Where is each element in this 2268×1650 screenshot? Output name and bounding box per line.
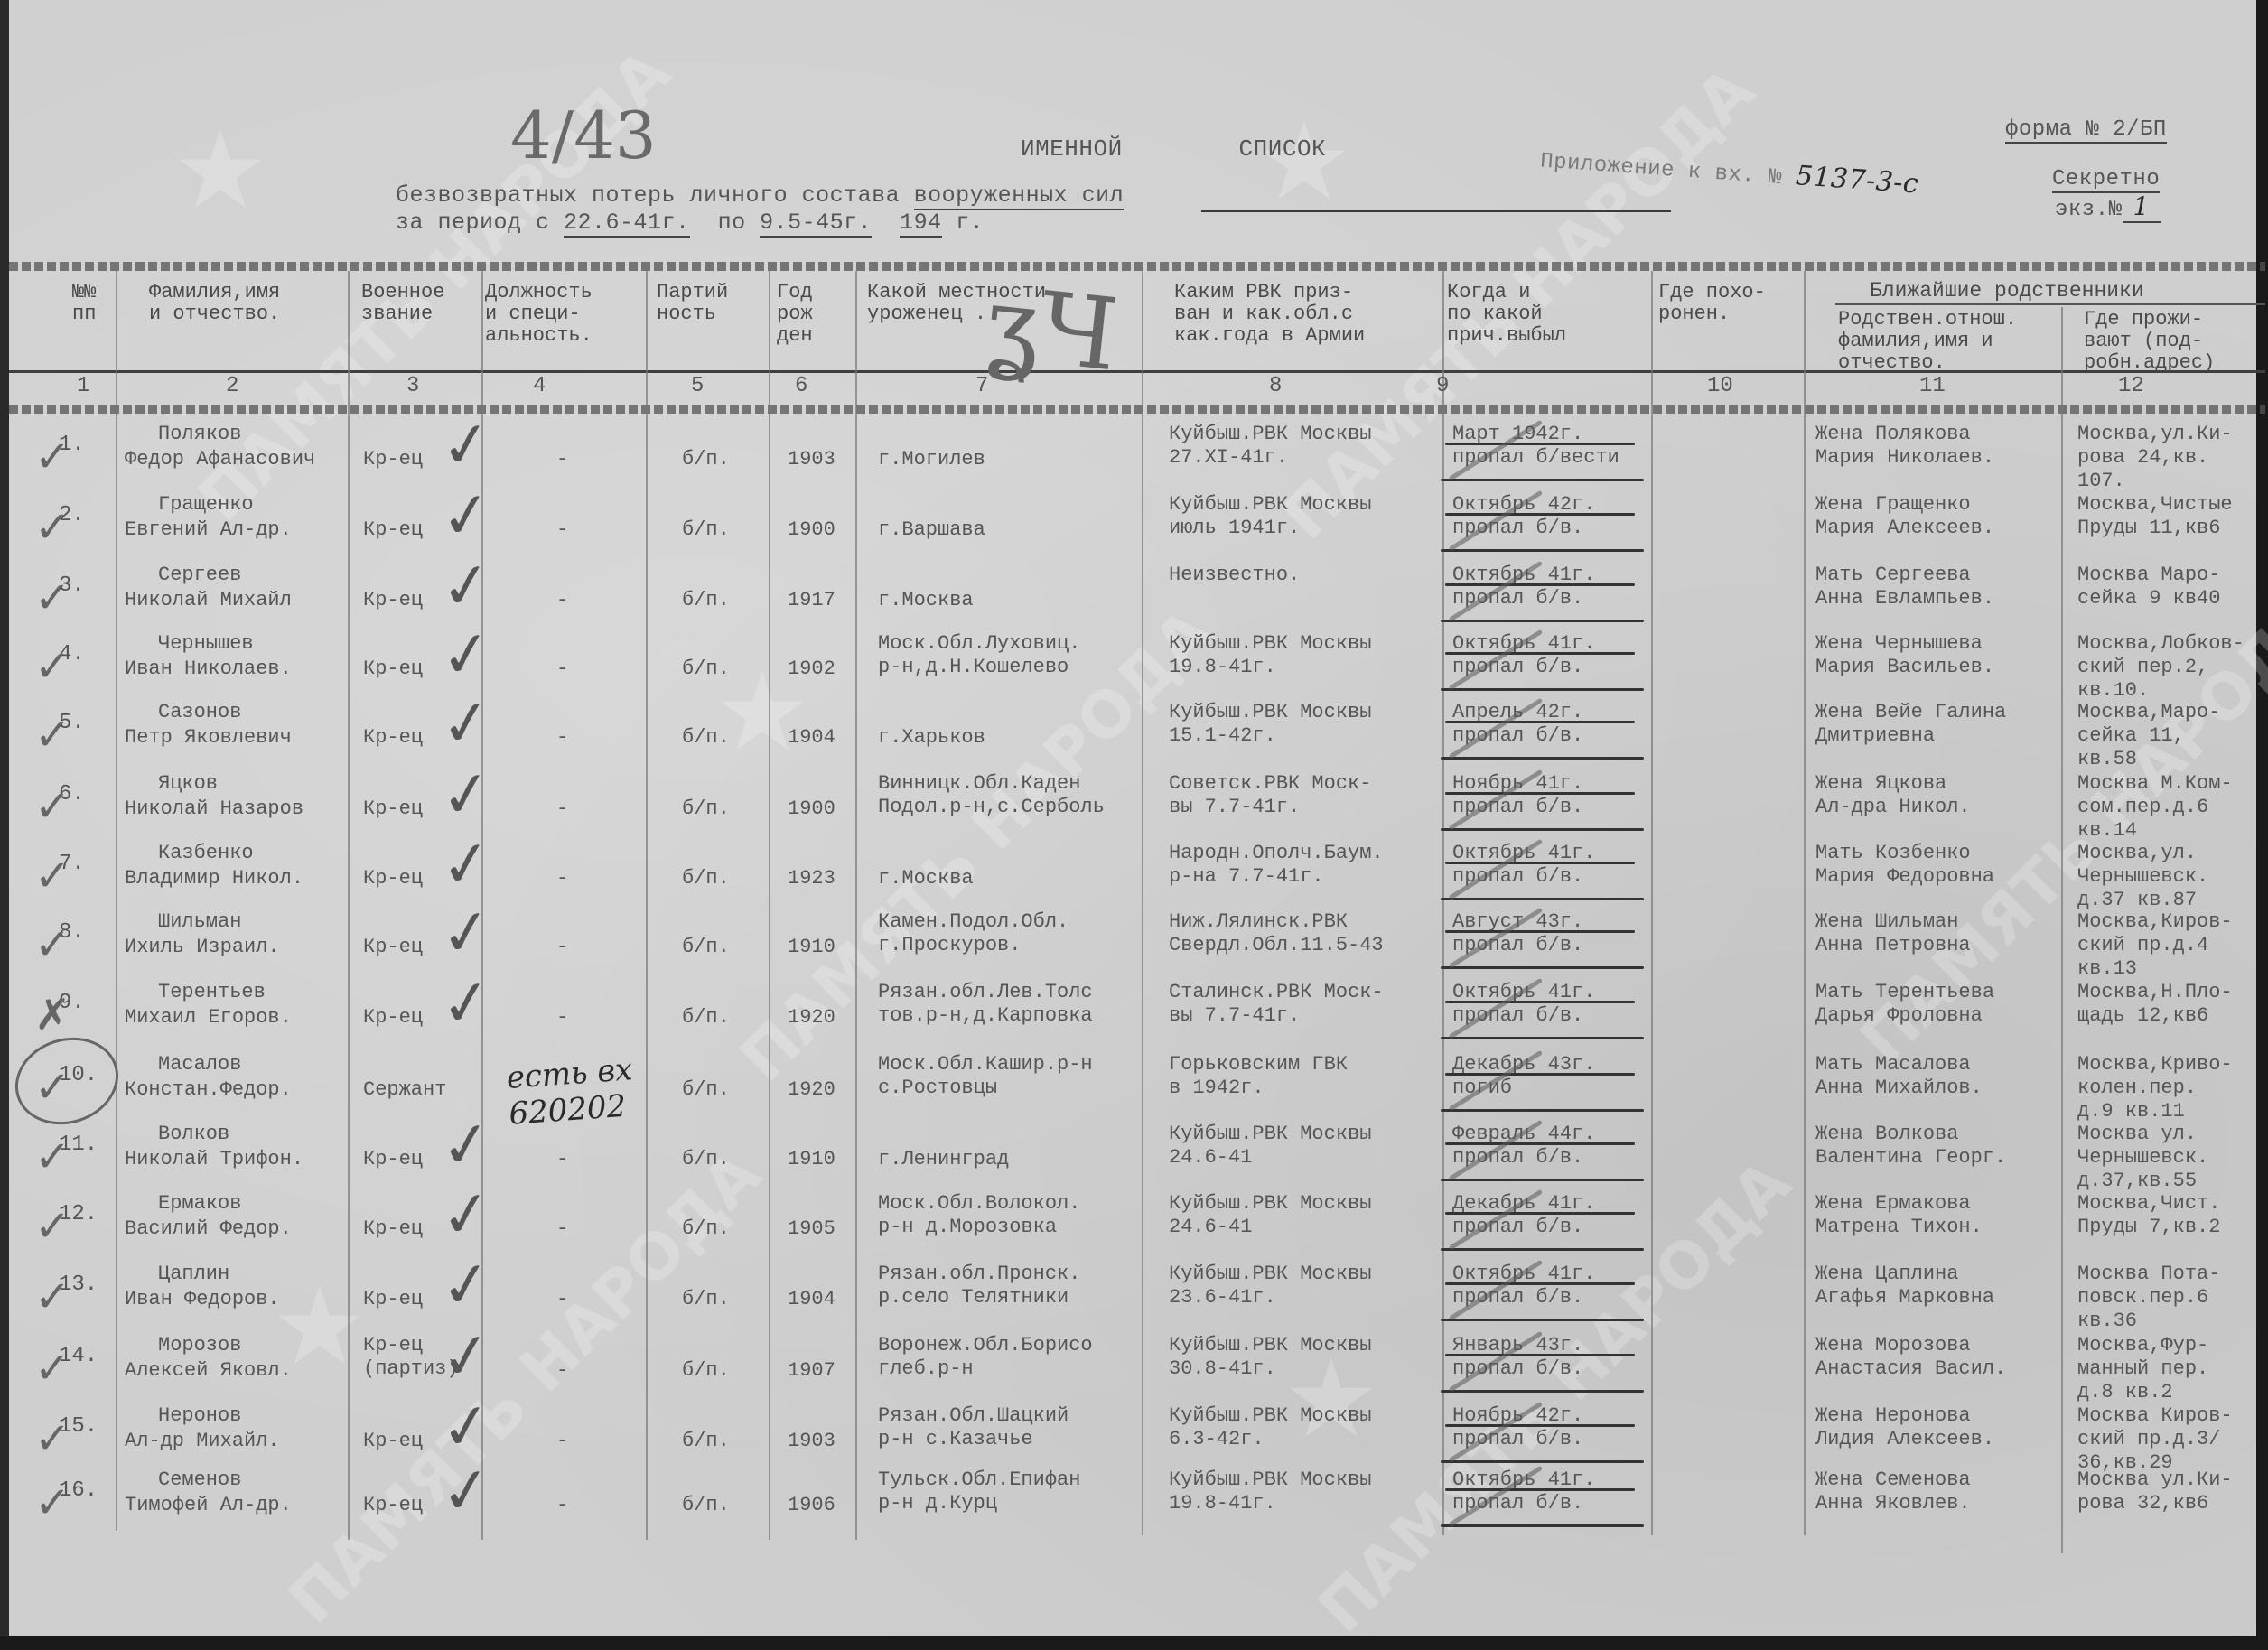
cell-birth-year: 1905 [788,1217,835,1241]
margin-checkmark-icon: ✓ [34,1417,70,1460]
relatives-group-header: Ближайшие родственники [1870,280,2144,302]
cell-birthplace: Винницк.Обл.Каден Подол.р-н,с.Серболь [878,772,1105,819]
cell-position: - [556,657,568,681]
cell-relative: Мать Терентьева Дарья Фроловна [1815,981,1994,1028]
cell-military-rank: Кр-ец [363,589,423,612]
cell-given-names: Иван Николаев. [125,657,292,681]
cell-address: Москва ул.Ки- рова 32,кв6 [2077,1468,2233,1515]
period-to: 9.5-45г. [760,210,872,238]
subtitle-forces: вооруженных сил [914,182,1125,210]
table-row: 10.МасаловКонстан.Федор.Сержантб/п.1920М… [9,1053,2265,1122]
margin-checkmark-icon: ✓ [34,576,70,620]
strikethrough-line [1441,1037,1644,1039]
cell-birth-year: 1910 [788,1148,835,1171]
strikethrough-line [1445,443,1635,445]
cell-birthplace: г.Харьков [878,726,985,750]
cell-relative: Жена Гращенко Мария Алексеев. [1815,493,1994,540]
margin-checkmark-icon: ✓ [34,785,70,828]
cell-conscription-office: Народн.Ополч.Баум. р-на 7.7-41г. [1169,842,1384,889]
strikethrough-line [1441,1179,1644,1181]
strikethrough-line [1441,549,1644,552]
cell-surname: Сергеев [158,564,241,587]
cell-birthplace: Моск.Обл.Волокол. р-н д.Морозовка [878,1192,1080,1239]
checkmark-icon: ✓ [437,690,497,758]
checkmark-icon: ✓ [437,412,497,480]
strikethrough-line [1445,862,1635,864]
strikethrough-line [1441,688,1644,691]
column-header-10: Где похо- ронен. [1658,282,1766,325]
cell-relative: Жена Морозова Анастасия Васил. [1815,1334,2006,1381]
checkmark-icon: ✓ [437,482,497,550]
column-number-6: 6 [795,374,807,398]
cell-conscription-office: Советск.РВК Моск- вы 7.7-41г. [1169,772,1371,819]
margin-checkmark-icon: ✓ [34,506,70,549]
cell-birth-year: 1903 [788,1430,835,1453]
cell-birthplace: Моск.Обл.Луховиц. р-н,д.Н.Кошелево [878,632,1080,679]
checkmark-icon: ✓ [437,1458,497,1525]
cell-surname: Масалов [158,1053,241,1077]
cell-given-names: Констан.Федор. [125,1078,292,1102]
column-header-12: Где прожи- вают (под- робн.адрес) [2084,309,2215,374]
checkmark-icon: ✓ [437,761,497,829]
watermark-star-icon: ★ [172,108,269,234]
cell-conscription-office: Куйбыш.РВК Москвы 19.8-41г. [1169,632,1371,679]
margin-checkmark-icon: ✓ [34,1275,70,1319]
cell-surname: Казбенко [158,842,254,865]
cell-given-names: Алексей Яковл. [125,1359,292,1383]
cell-given-names: Петр Яковлевич [125,726,292,750]
cell-relative: Жена Чернышева Мария Васильев. [1815,632,1994,679]
margin-checkmark-icon: ✓ [34,435,70,479]
cell-given-names: Владимир Никол. [125,867,303,890]
strikethrough-line [1445,1001,1635,1003]
column-number-10: 10 [1707,374,1733,398]
column-header-11: Родствен.отнош. фамилия,имя и отчество. [1838,309,2017,374]
copy-label-text: экз.№ [2055,198,2123,222]
column-header-2: Фамилия,имя и отчество. [149,282,280,325]
cell-position: - [556,589,568,612]
cell-party-membership: б/п. [682,657,730,681]
handwritten-mark: ʓЧ [979,265,1123,394]
cell-conscription-office: Горьковским ГВК в 1942г. [1169,1053,1348,1100]
table-row: 3.СергеевНиколай МихайлКр-ец-б/п.1917г.М… [9,564,2265,632]
table-row: 16.СеменовТимофей Ал-др.Кр-ец-б/п.1906Ту… [9,1468,2265,1537]
cell-surname: Яцков [158,772,218,796]
cell-conscription-office: Куйбыш.РВК Москвы 23.6-41г. [1169,1263,1371,1310]
period-prefix: за период с [396,210,550,236]
cell-conscription-office: Куйбыш.РВК Москвы июль 1941г. [1169,493,1371,540]
cell-surname: Неронов [158,1404,241,1428]
table-row: 6.ЯцковНиколай НазаровКр-ец-б/п.1900Винн… [9,772,2265,841]
year-suffix: г. [956,210,984,236]
cell-surname: Цаплин [158,1263,229,1286]
cell-military-rank: Кр-ец [363,1494,423,1517]
cell-birthplace: Воронеж.Обл.Борисо глеб.р-н [878,1334,1093,1381]
cell-birth-year: 1917 [788,589,835,612]
cell-address: Москва Киров- ский пр.д.3/ 36,кв.29 [2077,1404,2233,1475]
cell-conscription-office: Ниж.Лялинск.РВК Свердл.Обл.11.5-43 [1169,910,1384,957]
table-row: 2.ГращенкоЕвгений Ал-др.Кр-ец-б/п.1900г.… [9,493,2265,562]
cell-relative: Жена Ермакова Матрена Тихон. [1815,1192,1983,1239]
cell-birth-year: 1900 [788,518,835,542]
cell-military-rank: Кр-ец [363,518,423,542]
checkmark-icon: ✓ [437,1112,497,1179]
cell-surname: Терентьев [158,981,266,1004]
copy-number: 1 [2123,191,2161,223]
checkmark-icon: ✓ [437,900,497,967]
margin-checkmark-icon: ✓ [34,1205,70,1248]
cell-given-names: Тимофей Ал-др. [125,1494,292,1517]
table-row: 15.НероновАл-др Михайл.Кр-ец-б/п.1903Ряз… [9,1404,2265,1473]
strikethrough-line [1445,583,1635,586]
cell-relative: Жена Полякова Мария Николаев. [1815,423,1994,470]
cell-party-membership: б/п. [682,1217,730,1241]
strikethrough-line [1445,513,1635,516]
cell-address: Москва,Чистые Пруды 11,кв6 [2077,493,2233,540]
cell-military-rank: Кр-ец [363,1217,423,1241]
cell-surname: Волков [158,1123,229,1146]
cell-position: - [556,1148,568,1171]
cell-military-rank: Кр-ец [363,1006,423,1030]
checkmark-icon: ✓ [437,970,497,1038]
checkmark-icon: ✓ [437,1181,497,1249]
cell-military-rank: Кр-ец [363,797,423,821]
strikethrough-line [1441,1248,1644,1251]
cell-party-membership: б/п. [682,867,730,890]
strikethrough-line [1441,898,1644,900]
cell-position: - [556,1288,568,1311]
cell-address: Москва,Маро- сейка 11, кв.58 [2077,701,2220,771]
cell-surname: Чернышев [158,632,254,656]
column-header-9: Когда и по какой прич.выбыл [1447,282,1566,347]
margin-checkmark-icon: ✓ [34,1347,70,1390]
cell-birthplace: г.Москва [878,867,974,890]
cell-address: Москва,Киров- ский пр.д.4 кв.13 [2077,910,2233,981]
margin-checkmark-icon: ✓ [34,1481,70,1524]
cell-party-membership: б/п. [682,518,730,542]
column-number-11: 11 [1919,374,1946,398]
cell-surname: Гращенко [158,493,254,517]
strikethrough-line [1441,1109,1644,1112]
cell-military-rank: Кр-ец [363,657,423,681]
strikethrough-line [1441,479,1644,481]
cell-given-names: Ал-др Михайл. [125,1430,280,1453]
table-row: 14.МорозовАлексей Яковл.Кр-ец (партиз)-б… [9,1334,2265,1403]
checkmark-icon: ✓ [437,553,497,620]
stamp-underline [1201,210,1671,212]
cell-party-membership: б/п. [682,797,730,821]
checkmark-icon: ✓ [437,1394,497,1461]
cell-party-membership: б/п. [682,1494,730,1517]
cell-conscription-office: Куйбыш.РВК Москвы 24.6-41 [1169,1123,1371,1170]
checkmark-icon: ✓ [437,621,497,689]
cell-party-membership: б/п. [682,1288,730,1311]
cell-party-membership: б/п. [682,1148,730,1171]
subtitle-line-2: за период с 22.6-41г. по 9.5-45г. 194 г. [396,210,984,236]
column-header-6: Год рож ден [777,282,813,347]
margin-note: есть вх 620202 [505,1049,663,1133]
cell-birth-year: 1906 [788,1494,835,1517]
cell-conscription-office: Куйбыш.РВК Москвы 19.8-41г. [1169,1468,1371,1515]
column-header-5: Партий ность [657,282,728,325]
cell-position: - [556,936,568,959]
cell-party-membership: б/п. [682,1006,730,1030]
cell-military-rank: Кр-ец [363,936,423,959]
table-row: 5.СазоновПетр ЯковлевичКр-ец-б/п.1904г.Х… [9,701,2265,769]
cell-given-names: Ихиль Израил. [125,936,280,959]
strikethrough-line [1445,1424,1635,1427]
strikethrough-line [1441,966,1644,969]
period-from: 22.6-41г. [564,210,690,238]
cell-conscription-office: Куйбыш.РВК Москвы 27.XI-41г. [1169,423,1371,470]
cell-birth-year: 1904 [788,1288,835,1311]
checkmark-icon: ✓ [437,1252,497,1319]
cell-position: - [556,1006,568,1030]
strikethrough-line [1441,828,1644,831]
cell-birthplace: г.Могилев [878,448,985,471]
cell-birthplace: Тульск.Обл.Епифан р-н д.Курц [878,1468,1080,1515]
cell-birthplace: г.Москва [878,589,974,612]
strikethrough-line [1441,1460,1644,1463]
column-number-5: 5 [691,374,704,398]
cell-relative: Жена Вейе Галина Дмитриевна [1815,701,2006,748]
strikethrough-line [1445,1488,1635,1491]
cell-position: - [556,867,568,890]
column-number-2: 2 [226,374,238,398]
cell-position: - [556,448,568,471]
strikethrough-line [1445,1282,1635,1285]
cell-birthplace: г.Ленинград [878,1148,1009,1171]
cell-position: - [556,1430,568,1453]
handwritten-reference: 4/43 [510,98,657,173]
cell-birth-year: 1920 [788,1078,835,1102]
subtitle-text: безвозвратных потерь личного состава [396,182,900,209]
column-number-12: 12 [2118,374,2144,398]
cell-party-membership: б/п. [682,1359,730,1383]
cell-relative: Жена Цаплина Агафья Марковна [1815,1263,1994,1310]
cell-address: Москва,Криво- колен.пер. д.9 кв.11 [2077,1053,2233,1123]
table-top-rule [9,262,2265,271]
cell-conscription-office: Куйбыш.РВК Москвы 6.3-42г. [1169,1404,1371,1451]
table-row: 13.ЦаплинИван Федоров.Кр-ец-б/п.1904Ряза… [9,1263,2265,1331]
margin-checkmark-icon: ✓ [34,854,70,898]
strikethrough-line [1445,930,1635,933]
cell-birth-year: 1902 [788,657,835,681]
cell-address: Москва,ул. Чернышевск. д.37 кв.87 [2077,842,2208,912]
form-number: форма № 2/БП [2005,117,2167,144]
cell-surname: Морозов [158,1334,241,1357]
cell-given-names: Николай Трифон. [125,1148,303,1171]
cell-party-membership: б/п. [682,726,730,750]
column-header-3: Военное звание [361,282,444,325]
cell-given-names: Иван Федоров. [125,1288,280,1311]
cell-birth-year: 1903 [788,448,835,471]
table-row: 1.ПоляковФедор АфанасовичКр-ец-б/п.1903г… [9,423,2265,491]
cell-military-rank: Сержант [363,1078,446,1102]
year-field: 194 [900,210,942,238]
cell-address: Москва,ул.Ки- рова 24,кв. 107. [2077,423,2233,493]
cell-surname: Семенов [158,1468,241,1492]
strikethrough-line [1445,721,1635,723]
table-row: 8.ШильманИхиль Израил.Кр-ец-б/п.1910Каме… [9,910,2265,979]
cell-surname: Поляков [158,423,241,446]
cell-birth-year: 1910 [788,936,835,959]
cell-conscription-office: Куйбыш.РВК Москвы 15.1-42г. [1169,701,1371,748]
cell-birthplace: Рязан.обл.Лев.Толс тов.р-н,д.Карповка [878,981,1093,1028]
cell-military-rank: Кр-ец [363,1430,423,1453]
cell-given-names: Евгений Ал-др. [125,518,292,542]
strikethrough-line [1441,1319,1644,1321]
column-header-4: Должность и специ- альность. [485,282,593,347]
cell-relative: Жена Волкова Валентина Георг. [1815,1123,2006,1170]
cell-address: Москва М.Ком- сом.пер.д.6 кв.14 [2077,772,2233,843]
cell-relative: Жена Шильман Анна Петровна [1815,910,1971,957]
cell-surname: Сазонов [158,701,241,724]
cell-military-rank: Кр-ец [363,1288,423,1311]
cell-birth-year: 1920 [788,1006,835,1030]
strikethrough-line [1445,1212,1635,1215]
cell-position: - [556,1359,568,1383]
subtitle-line-1: безвозвратных потерь личного состава воо… [396,182,1124,209]
cell-birthplace: Рязан.Обл.Шацкий р-н с.Казачье [878,1404,1069,1451]
cell-address: Москва Маро- сейка 9 кв40 [2077,564,2220,611]
strikethrough-line [1441,620,1644,622]
cell-relative: Жена Семенова Анна Яковлев. [1815,1468,1971,1515]
cell-given-names: Николай Назаров [125,797,303,821]
column-number-9: 9 [1436,374,1449,398]
cell-conscription-office: Сталинск.РВК Моск- вы 7.7-41г. [1169,981,1384,1028]
table-row: 4.ЧернышевИван Николаев.Кр-ец-б/п.1902Мо… [9,632,2265,701]
strikethrough-line [1441,1524,1644,1527]
cell-address: Москва ул. Чернышевск. д.37,кв.55 [2077,1123,2208,1193]
strikethrough-line [1445,652,1635,655]
cell-birthplace: Моск.Обл.Кашир.р-н с.Ростовцы [878,1053,1093,1100]
cell-birth-year: 1900 [788,797,835,821]
cell-birthplace: г.Варшава [878,518,985,542]
cell-conscription-office: Куйбыш.РВК Москвы 24.6-41 [1169,1192,1371,1239]
table-row: 7.КазбенкоВладимир Никол.Кр-ец-б/п.1923г… [9,842,2265,910]
cell-party-membership: б/п. [682,936,730,959]
cell-military-rank: Кр-ец [363,867,423,890]
cell-position: - [556,1494,568,1517]
cell-surname: Шильман [158,910,241,934]
cell-address: Москва,Чист. Пруды 7,кв.2 [2077,1192,2220,1239]
strikethrough-line [1445,1354,1635,1356]
cell-conscription-office: Куйбыш.РВК Москвы 30.8-41г. [1169,1334,1371,1381]
column-number-8: 8 [1269,374,1282,398]
cell-address: Москва,Н.Пло- щадь 12,кв6 [2077,981,2233,1028]
cell-party-membership: б/п. [682,1430,730,1453]
strikethrough-line [1445,1142,1635,1145]
cell-birth-year: 1904 [788,726,835,750]
cell-relative: Жена Неронова Лидия Алексеев. [1815,1404,1994,1451]
secret-label: Секретно [2052,167,2160,193]
cell-conscription-office: Неизвестно. [1169,564,1300,587]
checkmark-icon: ✓ [437,831,497,899]
cell-relative: Мать Масалова Анна Михайлов. [1815,1053,1983,1100]
table-row: 12.ЕрмаковВасилий Федор.Кр-ец-б/п.1905Мо… [9,1192,2265,1261]
column-number-3: 3 [406,374,419,398]
strikethrough-line [1441,1390,1644,1393]
margin-checkmark-icon: ✓ [34,713,70,757]
cell-military-rank: Кр-ец [363,448,423,471]
cell-relative: Мать Сергеева Анна Евлампьев. [1815,564,1994,611]
cell-party-membership: б/п. [682,1078,730,1102]
cell-party-membership: б/п. [682,589,730,612]
cell-position: - [556,1217,568,1241]
cell-given-names: Николай Михайл [125,589,292,612]
cell-relative: Мать Козбенко Мария Федоровна [1815,842,1994,889]
table-row: 9.ТерентьевМихаил Егоров.Кр-ец-б/п.1920Р… [9,981,2265,1049]
column-header-1: №№ пп [72,282,96,325]
document-sheet: ★ ★ ★ ★ ★ ПАМЯТЬ НАРОДА ПАМЯТЬ НАРОДА ПА… [0,0,2256,1636]
period-mid: по [718,210,746,236]
checkmark-icon: ✓ [437,1323,497,1391]
column-number-1: 1 [77,374,89,398]
cell-military-rank: Кр-ец [363,1148,423,1171]
column-number-4: 4 [533,374,546,398]
cell-birthplace: Рязан.обл.Пронск. р.село Телятники [878,1263,1080,1310]
strikethrough-line [1441,757,1644,760]
margin-checkmark-icon: ✓ [34,645,70,688]
cell-surname: Ермаков [158,1192,241,1216]
cell-given-names: Василий Федор. [125,1217,292,1241]
relatives-group-rule [1835,303,2265,305]
cell-address: Москва Пота- повск.пер.6 кв.36 [2077,1263,2220,1333]
margin-checkmark-icon: ✓ [34,1135,70,1179]
column-header-8: Каким РВК приз- ван и как.обл.с как.года… [1174,282,1365,347]
cross-mark-icon: ✗ [34,993,70,1037]
stamp-number: 5137-3-с [1795,160,1920,200]
cell-birth-year: 1907 [788,1359,835,1383]
cell-given-names: Михаил Егоров. [125,1006,292,1030]
strikethrough-line [1445,1073,1635,1076]
cell-position: - [556,726,568,750]
copy-label: экз.№1 [2055,191,2161,222]
cell-position: - [556,797,568,821]
cell-position: - [556,518,568,542]
table-row: 11.ВолковНиколай Трифон.Кр-ец-б/п.1910г.… [9,1123,2265,1191]
cell-address: Москва,Лобков- ский пер.2, кв.10. [2077,632,2245,703]
cell-address: Москва,Фур- манный пер. д.8 кв.2 [2077,1334,2208,1404]
cell-party-membership: б/п. [682,448,730,471]
document-title: ИМЕННОЙ СПИСОК [1021,135,1326,163]
cell-military-rank: Кр-ец [363,726,423,750]
strikethrough-line [1445,792,1635,795]
cell-birthplace: Камен.Подол.Обл. г.Проскуров. [878,910,1069,957]
cell-given-names: Федор Афанасович [125,448,315,471]
cell-relative: Жена Яцкова Ал-дра Никол. [1815,772,1971,819]
cell-birth-year: 1923 [788,867,835,890]
margin-checkmark-icon: ✓ [34,923,70,966]
